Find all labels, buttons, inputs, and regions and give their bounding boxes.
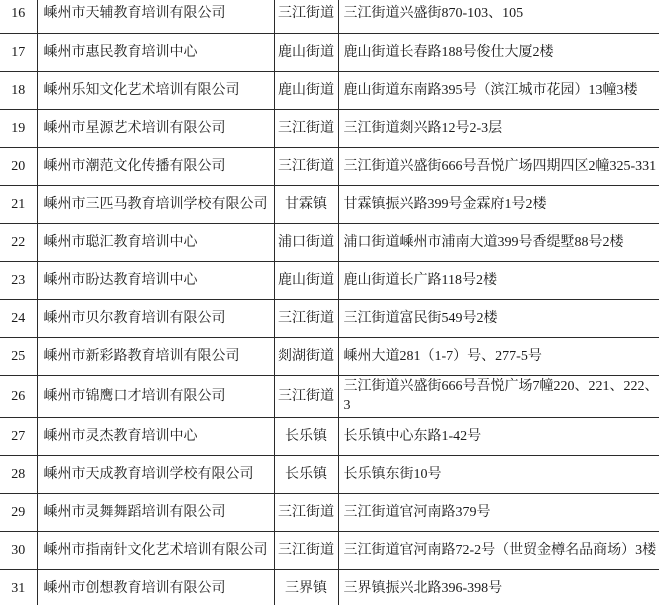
table-row: 27 嵊州市灵杰教育培训中心 长乐镇 长乐镇中心东路1-42号 <box>0 417 659 455</box>
table-row: 26 嵊州市锦鹰口才培训有限公司 三江街道 三江街道兴盛街666号吾悦广场7幢2… <box>0 375 659 417</box>
address-cell: 三江街道剡兴路12号2-3层 <box>338 109 659 147</box>
table-row: 18 嵊州乐知文化艺术培训有限公司 鹿山街道 鹿山街道东南路395号（滨江城市花… <box>0 71 659 109</box>
street-town-cell: 三江街道 <box>274 109 338 147</box>
table-row: 22 嵊州市聪汇教育培训中心 浦口街道 浦口街道嵊州市浦南大道399号香缇墅88… <box>0 223 659 261</box>
company-name-cell: 嵊州市贝尔教育培训有限公司 <box>37 299 274 337</box>
street-town-cell: 浦口街道 <box>274 223 338 261</box>
table-row: 16 嵊州市天辅教育培训有限公司 三江街道 三江街道兴盛街870-103、105 <box>0 0 659 33</box>
table-row: 21 嵊州市三匹马教育培训学校有限公司 甘霖镇 甘霖镇振兴路399号金霖府1号2… <box>0 185 659 223</box>
street-town-cell: 三江街道 <box>274 531 338 569</box>
address-cell: 甘霖镇振兴路399号金霖府1号2楼 <box>338 185 659 223</box>
row-number-cell: 31 <box>0 569 37 605</box>
company-name-cell: 嵊州市灵舞舞蹈培训有限公司 <box>37 493 274 531</box>
company-name-cell: 嵊州市新彩路教育培训有限公司 <box>37 337 274 375</box>
company-name-cell: 嵊州市灵杰教育培训中心 <box>37 417 274 455</box>
table-row: 23 嵊州市盼达教育培训中心 鹿山街道 鹿山街道长广路118号2楼 <box>0 261 659 299</box>
company-name-cell: 嵊州市三匹马教育培训学校有限公司 <box>37 185 274 223</box>
address-cell: 三江街道官河南路72-2号（世贸金樽名品商场）3楼 <box>338 531 659 569</box>
table-row: 29 嵊州市灵舞舞蹈培训有限公司 三江街道 三江街道官河南路379号 <box>0 493 659 531</box>
company-name-cell: 嵊州市星源艺术培训有限公司 <box>37 109 274 147</box>
row-number-cell: 29 <box>0 493 37 531</box>
address-cell: 嵊州大道281（1-7）号、277-5号 <box>338 337 659 375</box>
row-number-cell: 27 <box>0 417 37 455</box>
row-number-cell: 23 <box>0 261 37 299</box>
address-cell: 鹿山街道长广路118号2楼 <box>338 261 659 299</box>
street-town-cell: 三界镇 <box>274 569 338 605</box>
row-number-cell: 25 <box>0 337 37 375</box>
row-number-cell: 18 <box>0 71 37 109</box>
row-number-cell: 16 <box>0 0 37 33</box>
row-number-cell: 30 <box>0 531 37 569</box>
company-name-cell: 嵊州市天辅教育培训有限公司 <box>37 0 274 33</box>
company-name-cell: 嵊州市盼达教育培训中心 <box>37 261 274 299</box>
row-number-cell: 17 <box>0 33 37 71</box>
street-town-cell: 甘霖镇 <box>274 185 338 223</box>
table-row: 30 嵊州市指南针文化艺术培训有限公司 三江街道 三江街道官河南路72-2号（世… <box>0 531 659 569</box>
street-town-cell: 剡湖街道 <box>274 337 338 375</box>
street-town-cell: 三江街道 <box>274 375 338 417</box>
address-cell: 鹿山街道长春路188号俊仕大厦2楼 <box>338 33 659 71</box>
table-row: 17 嵊州市惠民教育培训中心 鹿山街道 鹿山街道长春路188号俊仕大厦2楼 <box>0 33 659 71</box>
table-row: 31 嵊州市创想教育培训有限公司 三界镇 三界镇振兴北路396-398号 <box>0 569 659 605</box>
table-row: 25 嵊州市新彩路教育培训有限公司 剡湖街道 嵊州大道281（1-7）号、277… <box>0 337 659 375</box>
street-town-cell: 三江街道 <box>274 147 338 185</box>
table-row: 28 嵊州市天成教育培训学校有限公司 长乐镇 长乐镇东街10号 <box>0 455 659 493</box>
row-number-cell: 28 <box>0 455 37 493</box>
street-town-cell: 三江街道 <box>274 0 338 33</box>
address-cell: 三江街道兴盛街666号吾悦广场四期四区2幢325-331 <box>338 147 659 185</box>
company-name-cell: 嵊州市聪汇教育培训中心 <box>37 223 274 261</box>
company-name-cell: 嵊州乐知文化艺术培训有限公司 <box>37 71 274 109</box>
street-town-cell: 鹿山街道 <box>274 261 338 299</box>
address-cell: 长乐镇中心东路1-42号 <box>338 417 659 455</box>
table-row: 24 嵊州市贝尔教育培训有限公司 三江街道 三江街道富民街549号2楼 <box>0 299 659 337</box>
company-name-cell: 嵊州市锦鹰口才培训有限公司 <box>37 375 274 417</box>
table-row: 19 嵊州市星源艺术培训有限公司 三江街道 三江街道剡兴路12号2-3层 <box>0 109 659 147</box>
row-number-cell: 24 <box>0 299 37 337</box>
row-number-cell: 21 <box>0 185 37 223</box>
company-name-cell: 嵊州市指南针文化艺术培训有限公司 <box>37 531 274 569</box>
company-name-cell: 嵊州市潮范文化传播有限公司 <box>37 147 274 185</box>
street-town-cell: 长乐镇 <box>274 417 338 455</box>
row-number-cell: 26 <box>0 375 37 417</box>
address-cell: 鹿山街道东南路395号（滨江城市花园）13幢3楼 <box>338 71 659 109</box>
row-number-cell: 19 <box>0 109 37 147</box>
company-name-cell: 嵊州市创想教育培训有限公司 <box>37 569 274 605</box>
street-town-cell: 三江街道 <box>274 493 338 531</box>
address-cell: 三江街道兴盛街666号吾悦广场7幢220、221、222、223 <box>338 375 659 417</box>
street-town-cell: 三江街道 <box>274 299 338 337</box>
training-institutions-table: 16 嵊州市天辅教育培训有限公司 三江街道 三江街道兴盛街870-103、105… <box>0 0 659 605</box>
table-body: 16 嵊州市天辅教育培训有限公司 三江街道 三江街道兴盛街870-103、105… <box>0 0 659 605</box>
street-town-cell: 鹿山街道 <box>274 33 338 71</box>
address-cell: 三江街道富民街549号2楼 <box>338 299 659 337</box>
address-cell: 三江街道官河南路379号 <box>338 493 659 531</box>
address-cell: 三界镇振兴北路396-398号 <box>338 569 659 605</box>
row-number-cell: 22 <box>0 223 37 261</box>
address-cell: 浦口街道嵊州市浦南大道399号香缇墅88号2楼 <box>338 223 659 261</box>
street-town-cell: 鹿山街道 <box>274 71 338 109</box>
address-cell: 三江街道兴盛街870-103、105 <box>338 0 659 33</box>
company-name-cell: 嵊州市惠民教育培训中心 <box>37 33 274 71</box>
document-page: 16 嵊州市天辅教育培训有限公司 三江街道 三江街道兴盛街870-103、105… <box>0 0 659 605</box>
street-town-cell: 长乐镇 <box>274 455 338 493</box>
address-cell: 长乐镇东街10号 <box>338 455 659 493</box>
row-number-cell: 20 <box>0 147 37 185</box>
table-row: 20 嵊州市潮范文化传播有限公司 三江街道 三江街道兴盛街666号吾悦广场四期四… <box>0 147 659 185</box>
company-name-cell: 嵊州市天成教育培训学校有限公司 <box>37 455 274 493</box>
